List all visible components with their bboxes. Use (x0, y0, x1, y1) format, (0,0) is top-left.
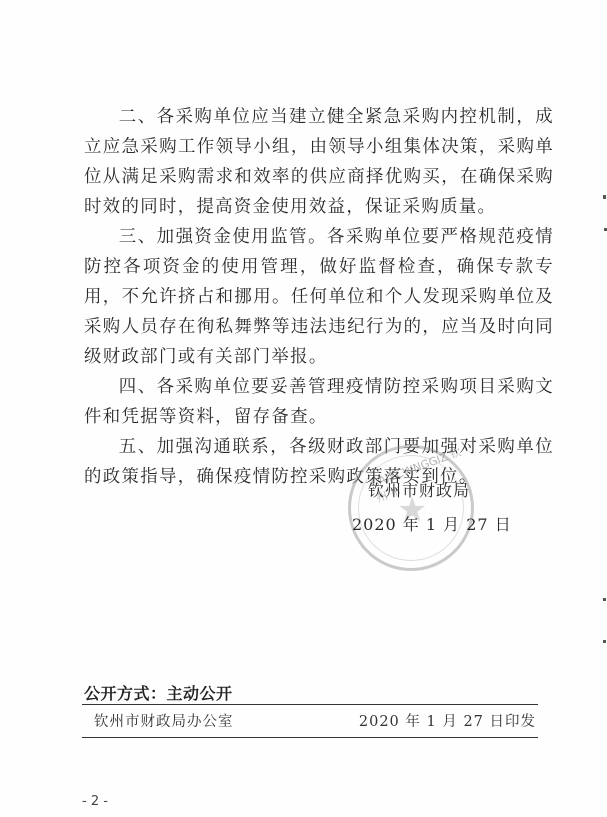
document-page: 二、各采购单位应当建立健全紧急采购内控机制，成立应急采购工作领导小组，由领导小组… (0, 0, 607, 817)
paragraph-4: 四、各采购单位要妥善管理疫情防控采购项目采购文件和凭据等资料，留存备查。 (84, 372, 554, 432)
page-number: - 2 - (82, 794, 108, 809)
signature-date: 2020 年 1 月 27 日 (352, 512, 532, 535)
paragraph-2: 二、各采购单位应当建立健全紧急采购内控机制，成立应急采购工作领导小组，由领导小组… (84, 102, 554, 222)
body-text: 二、各采购单位应当建立健全紧急采购内控机制，成立应急采购工作领导小组，由领导小组… (84, 102, 554, 492)
scan-mark (603, 195, 606, 199)
official-seal: ★ CAIZCWNGGIZ 钦 州 市 (348, 445, 474, 571)
scan-mark (603, 598, 606, 601)
issuing-office: 钦州市财政局办公室 (94, 710, 234, 731)
scan-mark (603, 640, 606, 643)
paragraph-3: 三、加强资金使用监管。各采购单位要严格规范疫情防控各项资金的使用管理，做好监督检… (84, 222, 554, 372)
footer-rule-bottom (82, 737, 538, 738)
issue-date: 2020 年 1 月 27 日印发 (359, 710, 536, 731)
footer-rule-top (82, 704, 538, 705)
disclosure-method: 公开方式：主动公开 (84, 681, 233, 704)
signature-organization: 钦州市财政局 (368, 478, 548, 501)
